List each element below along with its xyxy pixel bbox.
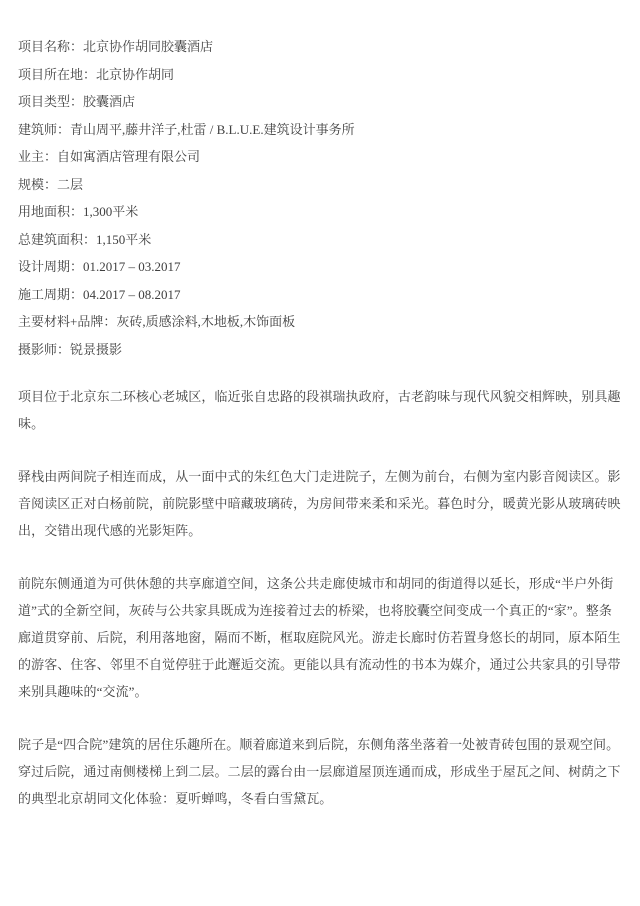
project-field-row-materials: 主要材料+品牌：灰砖,质感涂料,木地板,木饰面板 [18, 308, 623, 336]
paragraph-intro: 项目位于北京东二环核心老城区，临近张自忠路的段祺瑞执政府，古老韵味与现代风貌交相… [18, 383, 623, 437]
field-label: 项目名称： [18, 39, 83, 54]
field-label: 建筑师： [18, 122, 70, 137]
project-field-row-client: 业主：自如寓酒店管理有限公司 [18, 143, 623, 171]
field-label: 用地面积： [18, 204, 83, 219]
project-field-row-name: 项目名称：北京协作胡同胶囊酒店 [18, 33, 623, 61]
field-value: 北京协作胡同胶囊酒店 [83, 39, 213, 54]
article-body: 项目名称：北京协作胡同胶囊酒店 项目所在地：北京协作胡同 项目类型：胶囊酒店 建… [0, 0, 640, 812]
project-field-row-architect: 建筑师：青山周平,藤井洋子,杜雷 / B.L.U.E.建筑设计事务所 [18, 116, 623, 144]
project-field-row-location: 项目所在地：北京协作胡同 [18, 61, 623, 89]
project-field-row-scale: 规模：二层 [18, 171, 623, 199]
field-label: 规模： [18, 177, 57, 192]
field-label: 摄影师： [18, 342, 70, 357]
field-value: 01.2017 – 03.2017 [83, 259, 181, 274]
project-field-row-floor-area: 总建筑面积：1,150平米 [18, 226, 623, 254]
field-value: 灰砖,质感涂料,木地板,木饰面板 [116, 314, 295, 329]
field-label: 施工周期： [18, 287, 83, 302]
field-label: 总建筑面积： [18, 232, 96, 247]
field-value: 青山周平,藤井洋子,杜雷 / B.L.U.E.建筑设计事务所 [70, 122, 355, 137]
field-label: 项目所在地： [18, 67, 96, 82]
field-label: 主要材料+品牌： [18, 314, 116, 329]
project-info-list: 项目名称：北京协作胡同胶囊酒店 项目所在地：北京协作胡同 项目类型：胶囊酒店 建… [18, 33, 623, 363]
paragraph-corridor: 前院东侧通道为可供休憩的共享廊道空间，这条公共走廊使城市和胡同的街道得以延长，形… [18, 570, 623, 705]
field-value: 04.2017 – 08.2017 [83, 287, 181, 302]
field-value: 北京协作胡同 [96, 67, 174, 82]
project-field-row-site-area: 用地面积：1,300平米 [18, 198, 623, 226]
field-label: 设计周期： [18, 259, 83, 274]
field-label: 项目类型： [18, 94, 83, 109]
field-value: 1,300平米 [83, 204, 138, 219]
project-field-row-photographer: 摄影师：锐景摄影 [18, 336, 623, 364]
field-value: 1,150平米 [96, 232, 151, 247]
field-value: 锐景摄影 [70, 342, 122, 357]
field-value: 自如寓酒店管理有限公司 [57, 149, 200, 164]
field-value: 胶囊酒店 [83, 94, 135, 109]
project-field-row-construction-period: 施工周期：04.2017 – 08.2017 [18, 281, 623, 309]
field-value: 二层 [57, 177, 83, 192]
project-field-row-design-period: 设计周期：01.2017 – 03.2017 [18, 253, 623, 281]
paragraph-courtyard: 院子是“四合院”建筑的居住乐趣所在。顺着廊道来到后院，东侧角落坐落着一处被青砖包… [18, 731, 623, 812]
field-label: 业主： [18, 149, 57, 164]
paragraph-entrance: 驿栈由两间院子相连而成，从一面中式的朱红色大门走进院子，左侧为前台，右侧为室内影… [18, 463, 623, 544]
project-field-row-type: 项目类型：胶囊酒店 [18, 88, 623, 116]
